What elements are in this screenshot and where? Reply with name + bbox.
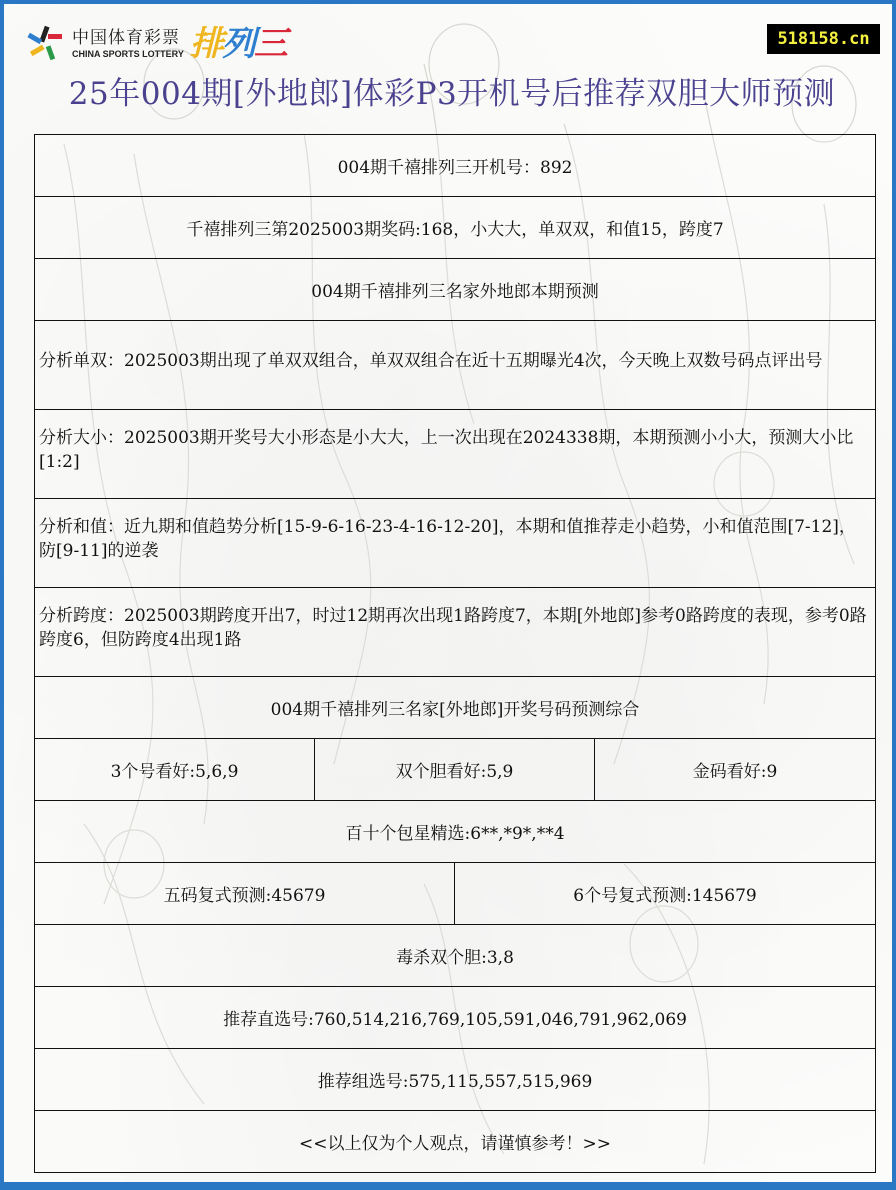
lottery-star-icon <box>24 22 68 66</box>
table-row: 分析跨度：2025003期跨度开出7，时过12期再次出现1路跨度7，本期[外地郎… <box>35 588 876 677</box>
six-code-cell: 6个号复式预测:145679 <box>455 863 876 925</box>
logo-english-name: CHINA SPORTS LOTTERY <box>72 48 184 60</box>
analysis-big-small-cell: 分析大小：2025003期开奖号大小形态是小大大，上一次出现在2024338期，… <box>35 410 876 499</box>
table-row: 004期千禧排列三开机号：892 <box>35 135 876 197</box>
disclaimer-cell: <<以上仅为个人观点，请谨慎参考！>> <box>35 1111 876 1173</box>
double-bile-cell: 双个胆看好:5,9 <box>315 739 595 801</box>
five-code-cell: 五码复式预测:45679 <box>35 863 455 925</box>
table-row: <<以上仅为个人观点，请谨慎参考！>> <box>35 1111 876 1173</box>
position-picks-cell: 百十个包星精选:6**,*9*,**4 <box>35 801 876 863</box>
table-row: 五码复式预测:45679 6个号复式预测:145679 <box>35 863 876 925</box>
site-badge: 518158.cn <box>767 24 880 54</box>
logo-chinese-name: 中国体育彩票 <box>72 28 184 48</box>
table-row: 分析大小：2025003期开奖号大小形态是小大大，上一次出现在2024338期，… <box>35 410 876 499</box>
group-picks-cell: 推荐组选号:575,115,557,515,969 <box>35 1049 876 1111</box>
machine-number-cell: 004期千禧排列三开机号：892 <box>35 135 876 197</box>
china-sports-lottery-logo: 中国体育彩票 CHINA SPORTS LOTTERY 排列三 <box>24 22 286 66</box>
page-title: 25年004期[外地郎]体彩P3开机号后推荐双胆大师预测 <box>4 68 896 113</box>
prediction-table: 004期千禧排列三开机号：892 千禧排列三第2025003期奖码:168，小大… <box>34 134 876 1173</box>
analysis-span-cell: 分析跨度：2025003期跨度开出7，时过12期再次出现1路跨度7，本期[外地郎… <box>35 588 876 677</box>
table-row: 004期千禧排列三名家[外地郎]开奖号码预测综合 <box>35 677 876 739</box>
table-row: 千禧排列三第2025003期奖码:168，小大大，单双双，和值15，跨度7 <box>35 197 876 259</box>
table-row: 3个号看好:5,6,9 双个胆看好:5,9 金码看好:9 <box>35 739 876 801</box>
last-result-cell: 千禧排列三第2025003期奖码:168，小大大，单双双，和值15，跨度7 <box>35 197 876 259</box>
three-numbers-cell: 3个号看好:5,6,9 <box>35 739 315 801</box>
page-frame: 中国体育彩票 CHINA SPORTS LOTTERY 排列三 518158.c… <box>0 0 896 1190</box>
table-row: 分析单双：2025003期出现了单双双组合，单双双组合在近十五期曝光4次，今天晚… <box>35 321 876 410</box>
table-row: 分析和值：近九期和值趋势分析[15-9-6-16-23-4-16-12-20]，… <box>35 499 876 588</box>
bottom-border <box>4 1182 896 1186</box>
table-row: 百十个包星精选:6**,*9*,**4 <box>35 801 876 863</box>
table-row: 推荐组选号:575,115,557,515,969 <box>35 1049 876 1111</box>
logo-text: 中国体育彩票 CHINA SPORTS LOTTERY <box>72 28 184 60</box>
direct-picks-cell: 推荐直选号:760,514,216,769,105,591,046,791,96… <box>35 987 876 1049</box>
summary-title-cell: 004期千禧排列三名家[外地郎]开奖号码预测综合 <box>35 677 876 739</box>
analysis-odd-even-cell: 分析单双：2025003期出现了单双双组合，单双双组合在近十五期曝光4次，今天晚… <box>35 321 876 410</box>
table-row: 004期千禧排列三名家外地郎本期预测 <box>35 259 876 321</box>
analysis-sum-cell: 分析和值：近九期和值趋势分析[15-9-6-16-23-4-16-12-20]，… <box>35 499 876 588</box>
kill-double-cell: 毒杀双个胆:3,8 <box>35 925 876 987</box>
table-row: 推荐直选号:760,514,216,769,105,591,046,791,96… <box>35 987 876 1049</box>
pailie-san-logo: 排列三 <box>190 24 286 64</box>
table-row: 毒杀双个胆:3,8 <box>35 925 876 987</box>
gold-code-cell: 金码看好:9 <box>595 739 876 801</box>
page-header: 中国体育彩票 CHINA SPORTS LOTTERY 排列三 518158.c… <box>4 4 896 124</box>
section-title-cell: 004期千禧排列三名家外地郎本期预测 <box>35 259 876 321</box>
